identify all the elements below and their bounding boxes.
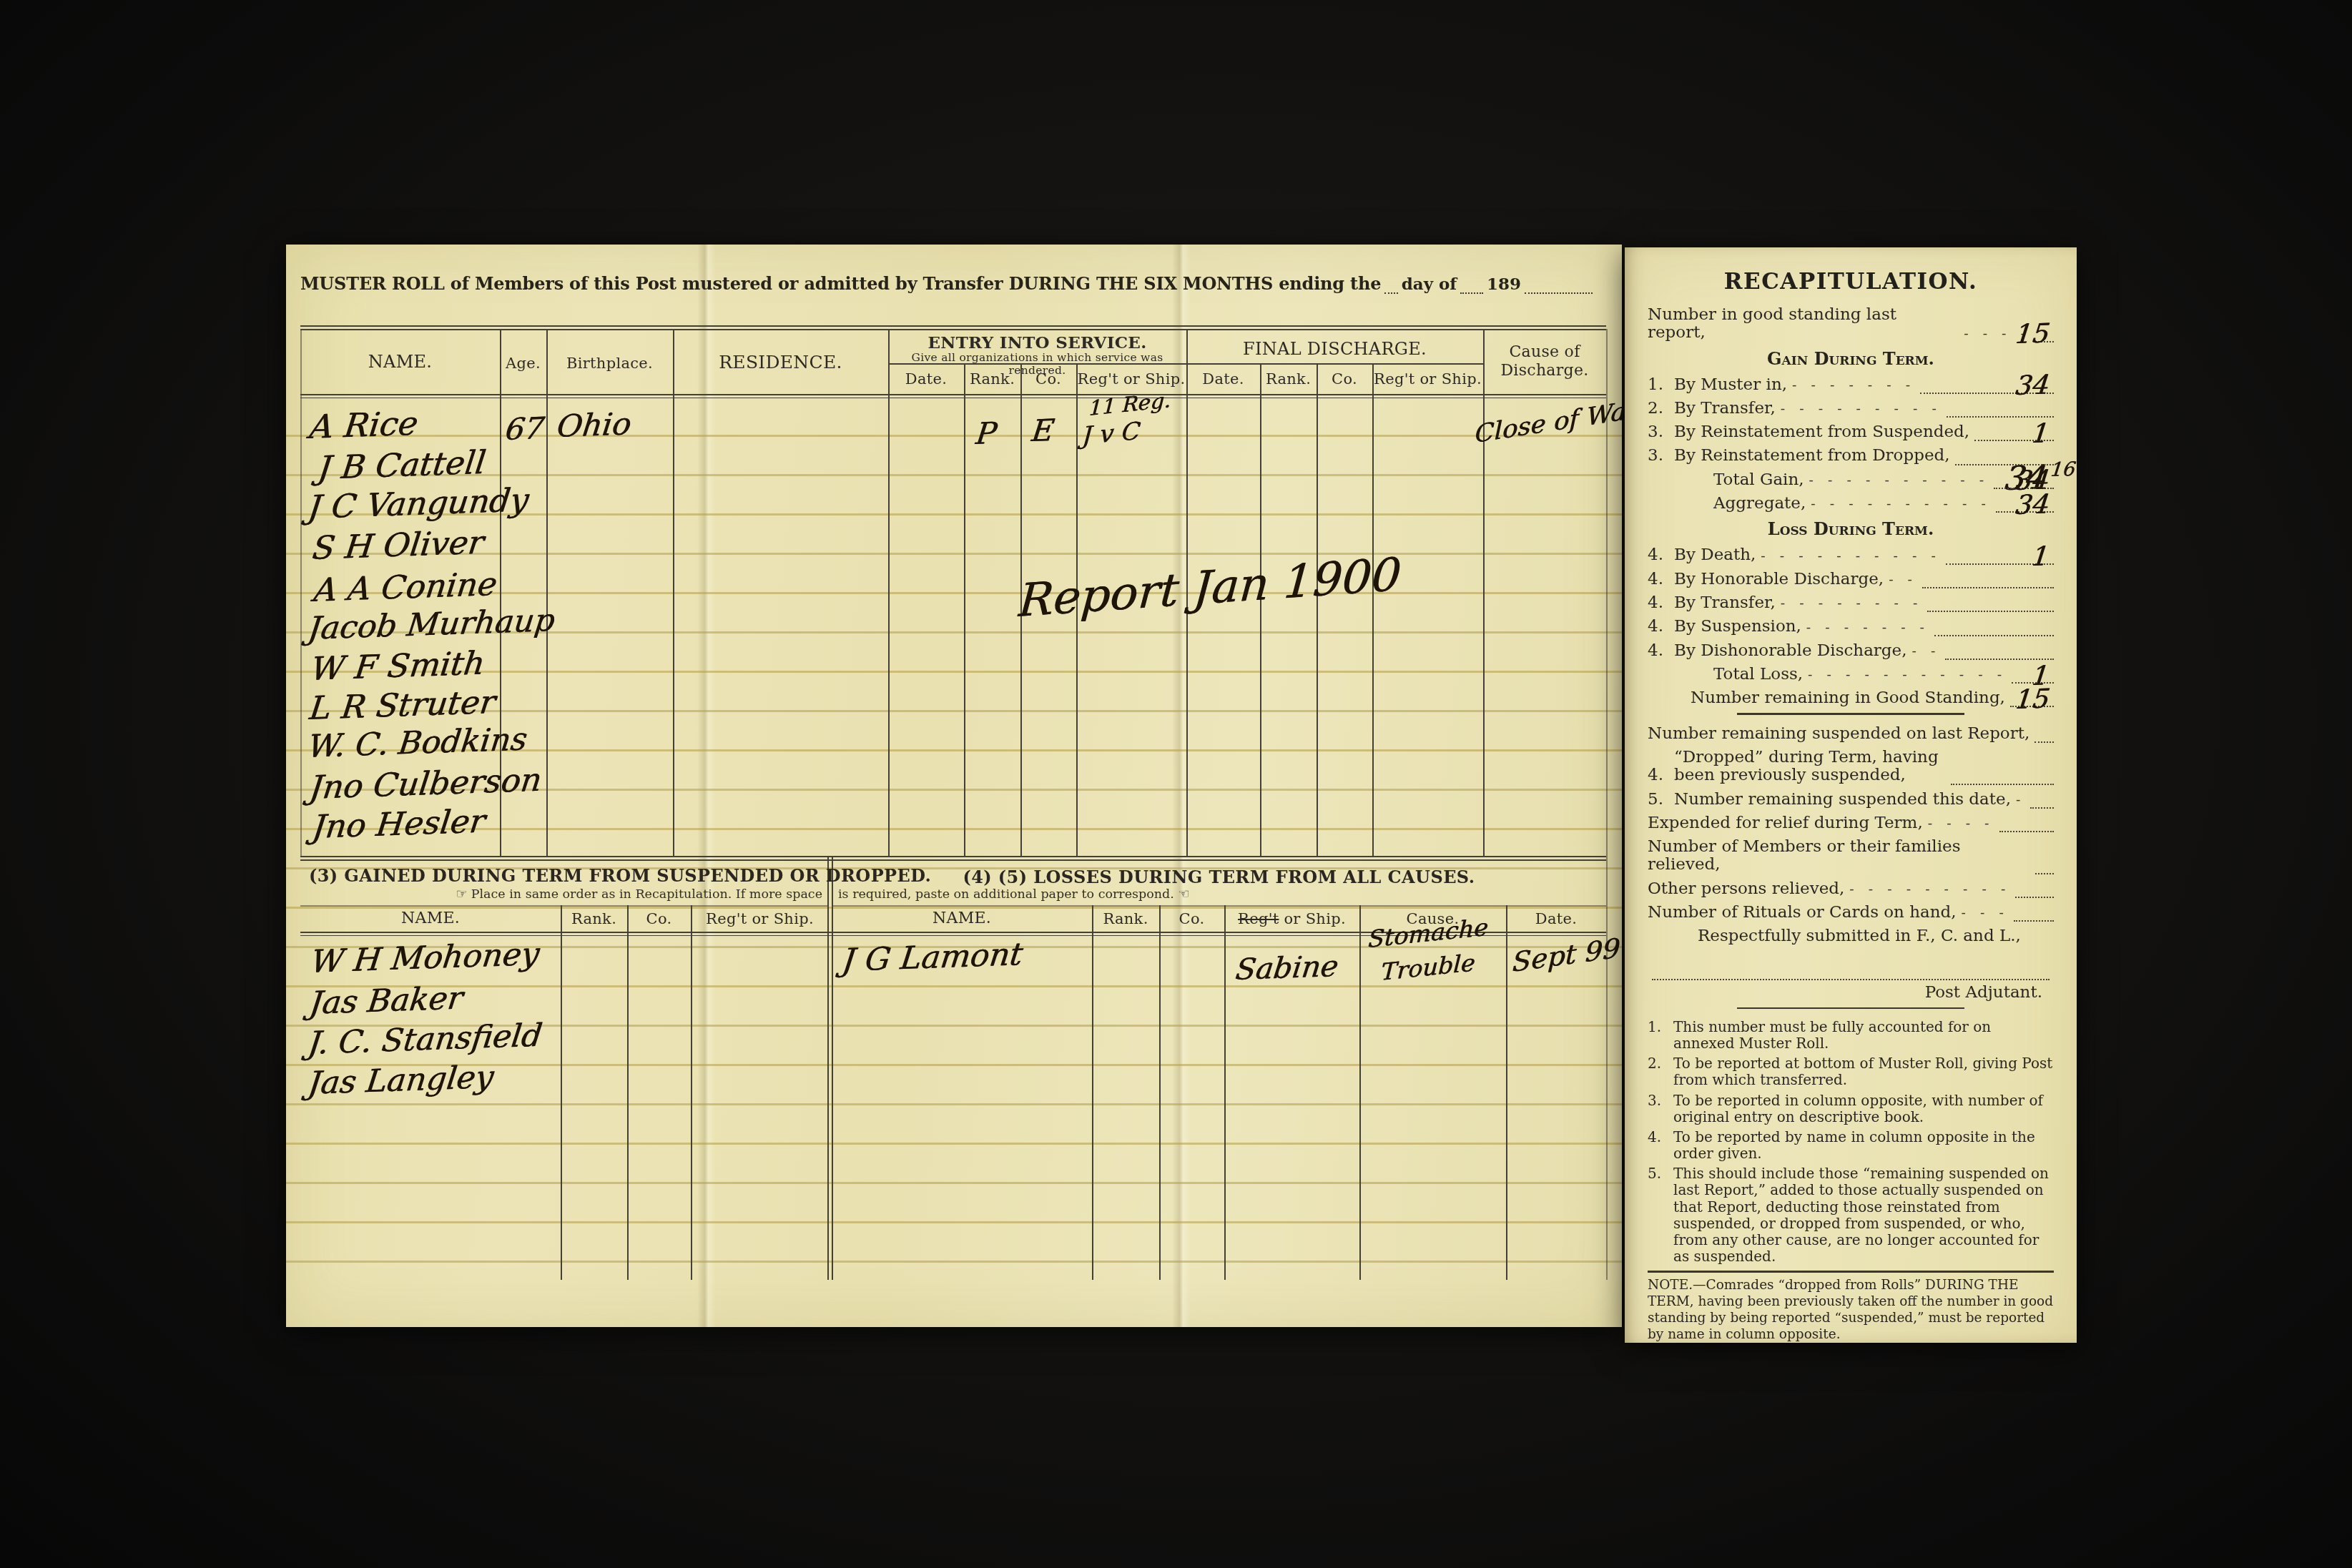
recap-line-by-transfer-gain: 2. By Transfer, - - - - - - - - -: [1648, 400, 2054, 418]
recap-line-rituals-cards-on-hand: Number of Rituals or Cards on hand, - - …: [1648, 904, 2054, 922]
rule-line: [561, 905, 562, 1280]
gained-rank-header: Rank.: [561, 910, 627, 927]
recap-label: By Dishonorable Discharge,: [1674, 642, 1906, 660]
recap-line-dropped-previously-suspended: 4. “Dropped” during Term, having been pr…: [1648, 749, 2054, 785]
footnote-4: 4. To be reported by name in column oppo…: [1648, 1129, 2054, 1162]
recap-label: Number remaining suspended this date,: [1674, 791, 2011, 809]
handwritten-name: Jacob Murhaup: [306, 602, 557, 647]
recap-line-honorable-discharge: 4. By Honorable Discharge, - -: [1648, 571, 2054, 588]
recap-label: Number of Members or their families reli…: [1648, 838, 2030, 874]
recap-label: Total Gain,: [1713, 471, 1804, 489]
recap-dashes: - - - - - - -: [1792, 378, 1915, 394]
recap-line-other-persons-relieved: Other persons relieved, - - - - - - - - …: [1648, 880, 2054, 898]
recap-label: Other persons relieved,: [1648, 880, 1844, 898]
recap-label: Respectfully submitted in F., C. and L.,: [1698, 927, 2021, 945]
recap-dashes: - -: [1911, 644, 1940, 660]
discharge-date-header: Date.: [1186, 370, 1260, 388]
recap-blank: 1: [1946, 560, 2054, 565]
handwritten-value: 15: [2014, 322, 2051, 345]
handwritten-entry-co: E: [1030, 413, 1056, 448]
rule-line: [691, 905, 692, 1280]
recap-label: “Dropped” during Term, having been previ…: [1674, 749, 1946, 785]
recap-title: RECAPITULATION.: [1648, 269, 2054, 295]
recap-label: By Muster in,: [1674, 376, 1787, 394]
entry-rank-header: Rank.: [964, 370, 1020, 388]
handwritten-loss-cause-line2: Trouble: [1380, 949, 1476, 986]
recap-dashes: - - - - - - -: [1806, 621, 1929, 636]
rule-line: [1159, 905, 1161, 1280]
recap-line-aggregate: Aggregate, - - - - - - - - - - 34: [1648, 495, 2054, 513]
recap-line-total-loss: Total Loss, - - - - - - - - - - - 1: [1648, 666, 2054, 684]
recap-blank: [1999, 827, 2054, 832]
recap-number: 4.: [1648, 594, 1669, 612]
form-title: MUSTER ROLL of Members of this Post must…: [300, 273, 1381, 294]
recap-label: Expended for relief during Term,: [1648, 814, 1923, 832]
rule-line: [964, 363, 965, 856]
year-label: 189: [1487, 275, 1521, 294]
handwritten-loss-name: J G Lamont: [840, 936, 1025, 979]
handwritten-name: A Rice: [307, 404, 420, 446]
recap-blank: [1947, 413, 2054, 418]
handwritten-name: L R Struter: [307, 683, 498, 727]
handwritten-gained-name: Jas Langley: [306, 1059, 496, 1102]
discharge-co-header: Co.: [1317, 370, 1372, 388]
recap-number: 4.: [1648, 546, 1669, 564]
recap-blank: 34: [1920, 389, 2054, 394]
footnote-number: 5.: [1648, 1165, 1670, 1265]
recap-blank: [1922, 583, 2054, 588]
rule-line: [888, 329, 890, 856]
recap-number: 3.: [1648, 423, 1669, 441]
rule-line: [300, 905, 827, 907]
rule-line: [300, 329, 1606, 330]
losses-section-title: (4) (5) LOSSES DURING TERM FROM ALL CAUS…: [832, 867, 1606, 887]
recap-line-total-gain: Total Gain, - - - - - - - - - - 34: [1648, 471, 2054, 489]
form-header: MUSTER ROLL of Members of this Post must…: [300, 273, 1596, 294]
handwritten-name: W. C. Bodkins: [306, 721, 529, 765]
footnote-text: This should include those “remaining sus…: [1673, 1165, 2054, 1265]
losses-name-header: NAME.: [832, 909, 1092, 927]
footnote-number: 4.: [1648, 1129, 1670, 1162]
rule-line: [1460, 288, 1483, 294]
column-header-residence: RESIDENCE.: [673, 352, 888, 373]
handwritten-gained-name: W H Mohoney: [309, 936, 541, 980]
recap-blank: [1934, 631, 2054, 636]
rule-line: [1606, 856, 1608, 1280]
recap-number: 4.: [1648, 766, 1669, 784]
recap-number: 4.: [1648, 618, 1669, 636]
recap-line-remaining-suspended-this-date: 5. Number remaining suspended this date,…: [1648, 791, 2054, 809]
ledger-ruling: [286, 398, 1622, 1298]
recap-line-expended-for-relief: Expended for relief during Term, - - - -: [1648, 814, 2054, 832]
fold-crease: [697, 245, 716, 1327]
fold-crease: [1172, 245, 1191, 1327]
entry-co-header: Co.: [1020, 370, 1076, 388]
recap-number: 3.: [1648, 447, 1669, 465]
recap-blank: 1: [1974, 436, 2054, 441]
handwritten-name: W F Smith: [309, 644, 487, 688]
recap-blank: [2014, 917, 2054, 922]
recap-line-members-families-relieved: Number of Members or their families reli…: [1648, 838, 2054, 874]
recap-blank: [2030, 804, 2054, 809]
losses-section-note: is required, paste on additional paper t…: [838, 887, 1189, 902]
handwritten-value: 1: [2031, 423, 2050, 444]
discharge-rank-header: Rank.: [1260, 370, 1317, 388]
gained-regt-header: Reg't or Ship.: [691, 910, 829, 927]
rule-line: [1384, 288, 1397, 294]
note-footer: NOTE.—Comrades “dropped from Rolls” DURI…: [1648, 1271, 2054, 1343]
recap-label: Number remaining in Good Standing,: [1691, 689, 2005, 707]
rule-line: [300, 398, 1606, 399]
rule-line: [1359, 905, 1361, 1280]
recap-number: 2.: [1648, 400, 1669, 418]
rule-line: [1224, 905, 1226, 1280]
losses-regt-rest: or Ship.: [1279, 910, 1345, 927]
recap-blank: [1945, 655, 2054, 660]
recap-dashes: - - - - - - - - - -: [1811, 497, 1991, 513]
handwritten-value: 34: [2014, 375, 2051, 397]
rule-line: [673, 329, 674, 856]
rule-line: [1506, 905, 1507, 1280]
handwritten-name: S H Oliver: [310, 523, 486, 567]
recap-blank: [2015, 893, 2054, 898]
handwritten-entry-regt-line1: 11 Reg.: [1088, 388, 1171, 420]
recap-line-suspended-last-report: Number remaining suspended on last Repor…: [1648, 725, 2054, 743]
footnote-1: 1. This number must be fully accounted f…: [1648, 1019, 2054, 1052]
recapitulation-page: 34 16 RECAPITULATION. Number in good sta…: [1625, 247, 2077, 1343]
rule-line: [300, 325, 1606, 327]
recap-label: Number remaining suspended on last Repor…: [1648, 725, 2029, 743]
handwritten-value: 34: [2014, 493, 2051, 516]
recapitulation-content: RECAPITULATION. Number in good standing …: [1648, 269, 2054, 1343]
entry-regt-header: Reg't or Ship.: [1076, 370, 1186, 388]
losses-rank-header: Rank.: [1092, 910, 1159, 927]
recap-number: 4.: [1648, 571, 1669, 588]
day-of-label: day of: [1402, 275, 1457, 294]
divider-rule: [1737, 1007, 1964, 1009]
post-adjutant-label: Post Adjutant.: [1648, 983, 2054, 1002]
recap-line-dishonorable-discharge: 4. By Dishonorable Discharge, - -: [1648, 642, 2054, 660]
recap-blank: 34: [1996, 508, 2054, 513]
recap-line-good-standing-last-report: Number in good standing last report, - -…: [1648, 306, 2054, 342]
losses-regt-header: Reg't or Ship.: [1224, 910, 1359, 927]
footnote-text: To be reported by name in column opposit…: [1673, 1129, 2054, 1162]
handwritten-annotation: Report Jan 1900: [1017, 548, 1403, 628]
column-header-cause-of-discharge: Cause of Discharge.: [1483, 343, 1606, 381]
rule-line: [1092, 905, 1093, 1280]
rule-line: [1372, 363, 1374, 856]
handwritten-value: 1: [2031, 546, 2050, 567]
recap-line-remaining-good-standing: Number remaining in Good Standing, 15: [1648, 689, 2054, 707]
handwritten-loss-date: Sept 99: [1512, 932, 1620, 978]
footnote-3: 3. To be reported in column opposite, wi…: [1648, 1093, 2054, 1125]
recap-label: By Reinstatement from Dropped,: [1674, 447, 1950, 465]
handwritten-cause-of-discharge: Close of War: [1475, 395, 1622, 449]
recap-label: Total Loss,: [1713, 666, 1803, 684]
recap-label: By Suspension,: [1674, 618, 1801, 636]
recap-dashes: - - - - - - - - - -: [1809, 473, 1989, 489]
handwritten-value: 15: [2014, 688, 2051, 710]
recap-number: 4.: [1648, 642, 1669, 660]
rule-line: [1483, 329, 1485, 856]
respectfully-submitted-line: Respectfully submitted in F., C. and L.,: [1648, 927, 2054, 945]
footnote-text: This number must be fully accounted for …: [1673, 1019, 2054, 1052]
footnote-text: To be reported at bottom of Muster Roll,…: [1673, 1055, 2054, 1088]
column-header-age: Age.: [500, 355, 546, 372]
recap-dashes: - - - - - - - - -: [1781, 402, 1942, 418]
column-header-birthplace: Birthplace.: [546, 355, 673, 372]
recap-blank: 15: [2010, 702, 2054, 707]
group-header-final-discharge: FINAL DISCHARGE.: [1186, 339, 1483, 359]
muster-roll-page: MUSTER ROLL of Members of this Post must…: [286, 245, 1622, 1327]
loss-during-term-heading: Loss During Term.: [1648, 518, 2054, 539]
recap-dashes: - - - - - - - - -: [1849, 882, 2010, 898]
discharge-regt-header: Reg't or Ship.: [1372, 370, 1483, 388]
entry-date-header: Date.: [888, 370, 964, 388]
rule-line: [300, 329, 302, 856]
recap-blank: [2035, 869, 2054, 874]
footnote-5: 5. This should include those “remaining …: [1648, 1165, 2054, 1265]
recap-blank: 15: [2035, 337, 2054, 342]
losses-regt-struck: Reg't: [1238, 910, 1279, 927]
handwritten-birthplace: Ohio: [555, 406, 633, 445]
rule-line: [546, 329, 548, 856]
recap-label: Aggregate,: [1713, 495, 1806, 513]
handwritten-name: J B Cattell: [316, 443, 488, 487]
recap-line-by-muster-in: 1. By Muster in, - - - - - - - 34: [1648, 376, 2054, 394]
handwritten-gained-name: Jas Baker: [307, 980, 465, 1022]
footnote-number: 1.: [1648, 1019, 1670, 1052]
recap-line-by-suspension: 4. By Suspension, - - - - - - -: [1648, 618, 2054, 636]
rule-line: [300, 394, 1606, 395]
gained-section-note: ☞ Place in same order as in Recapitulati…: [300, 887, 822, 902]
recap-dashes: - - - - - - - - - -: [1761, 549, 1941, 565]
group-header-entry-into-service: ENTRY INTO SERVICE.: [888, 333, 1186, 352]
recap-label: Number in good standing last report,: [1648, 306, 1959, 342]
footnote-text: To be reported in column opposite, with …: [1673, 1093, 2054, 1125]
recap-dashes: - -: [1889, 573, 1917, 588]
recap-dashes: - - - - - - - - - - -: [1808, 668, 2007, 684]
recap-line-reinstatement-suspended: 3. By Reinstatement from Suspended, 1: [1648, 423, 2054, 441]
recap-line-by-death: 4. By Death, - - - - - - - - - - 1: [1648, 546, 2054, 564]
recap-label: By Transfer,: [1674, 594, 1776, 612]
recap-dashes: -: [2016, 793, 2025, 809]
handwritten-name: Jno Hesler: [310, 802, 488, 846]
recap-dashes: - - -: [1962, 906, 2009, 922]
recap-number: 5.: [1648, 791, 1669, 809]
signature-blank: [1652, 957, 2050, 980]
gained-co-header: Co.: [627, 910, 691, 927]
recap-label: Number of Rituals or Cards on hand,: [1648, 904, 1957, 922]
rule-line: [1525, 288, 1593, 294]
handwritten-name: A A Conine: [312, 565, 499, 609]
recap-blank: [2034, 738, 2054, 743]
recap-label: By Transfer,: [1674, 400, 1776, 418]
column-header-name: NAME.: [300, 352, 500, 372]
handwritten-name: J C Vangundy: [306, 480, 531, 526]
rule-line: [627, 905, 629, 1280]
rule-line: [832, 905, 1606, 907]
footnote-number: 3.: [1648, 1093, 1670, 1125]
recap-blank: [1927, 607, 2054, 612]
losses-date-header: Date.: [1506, 910, 1606, 927]
handwritten-loss-regt: Sabine: [1234, 949, 1340, 987]
recap-dashes: - - - -: [1928, 817, 1994, 832]
divider-rule: [1737, 713, 1964, 714]
handwritten-age: 67: [503, 410, 546, 447]
losses-co-header: Co.: [1159, 910, 1224, 927]
handwritten-entry-rank: P: [974, 415, 998, 451]
rule-line: [300, 856, 1606, 857]
handwritten-entry-regt-line2: J v C: [1081, 417, 1141, 450]
recap-label: By Death,: [1674, 546, 1756, 564]
recap-blank: [1951, 780, 2054, 785]
scanned-document-photo: { "header": { "title": "MUSTER ROLL of M…: [0, 0, 2352, 1568]
recap-dashes: - - - - - - - -: [1781, 596, 1923, 612]
recap-line-by-transfer-loss: 4. By Transfer, - - - - - - - -: [1648, 594, 2054, 612]
gained-name-header: NAME.: [300, 909, 561, 927]
handwritten-gained-name: J. C. Stansfield: [306, 1017, 544, 1062]
footnote-2: 2. To be reported at bottom of Muster Ro…: [1648, 1055, 2054, 1088]
recap-number: 1.: [1648, 376, 1669, 394]
rule-line: [1317, 363, 1318, 856]
gain-during-term-heading: Gain During Term.: [1648, 348, 2054, 369]
rule-line: [300, 859, 1606, 861]
recap-label: By Honorable Discharge,: [1674, 571, 1884, 588]
handwritten-name: Jno Culberson: [307, 761, 543, 807]
recap-label: By Reinstatement from Suspended,: [1674, 423, 1969, 441]
recap-line-reinstatement-dropped: 3. By Reinstatement from Dropped,: [1648, 447, 2054, 465]
footnote-number: 2.: [1648, 1055, 1670, 1088]
